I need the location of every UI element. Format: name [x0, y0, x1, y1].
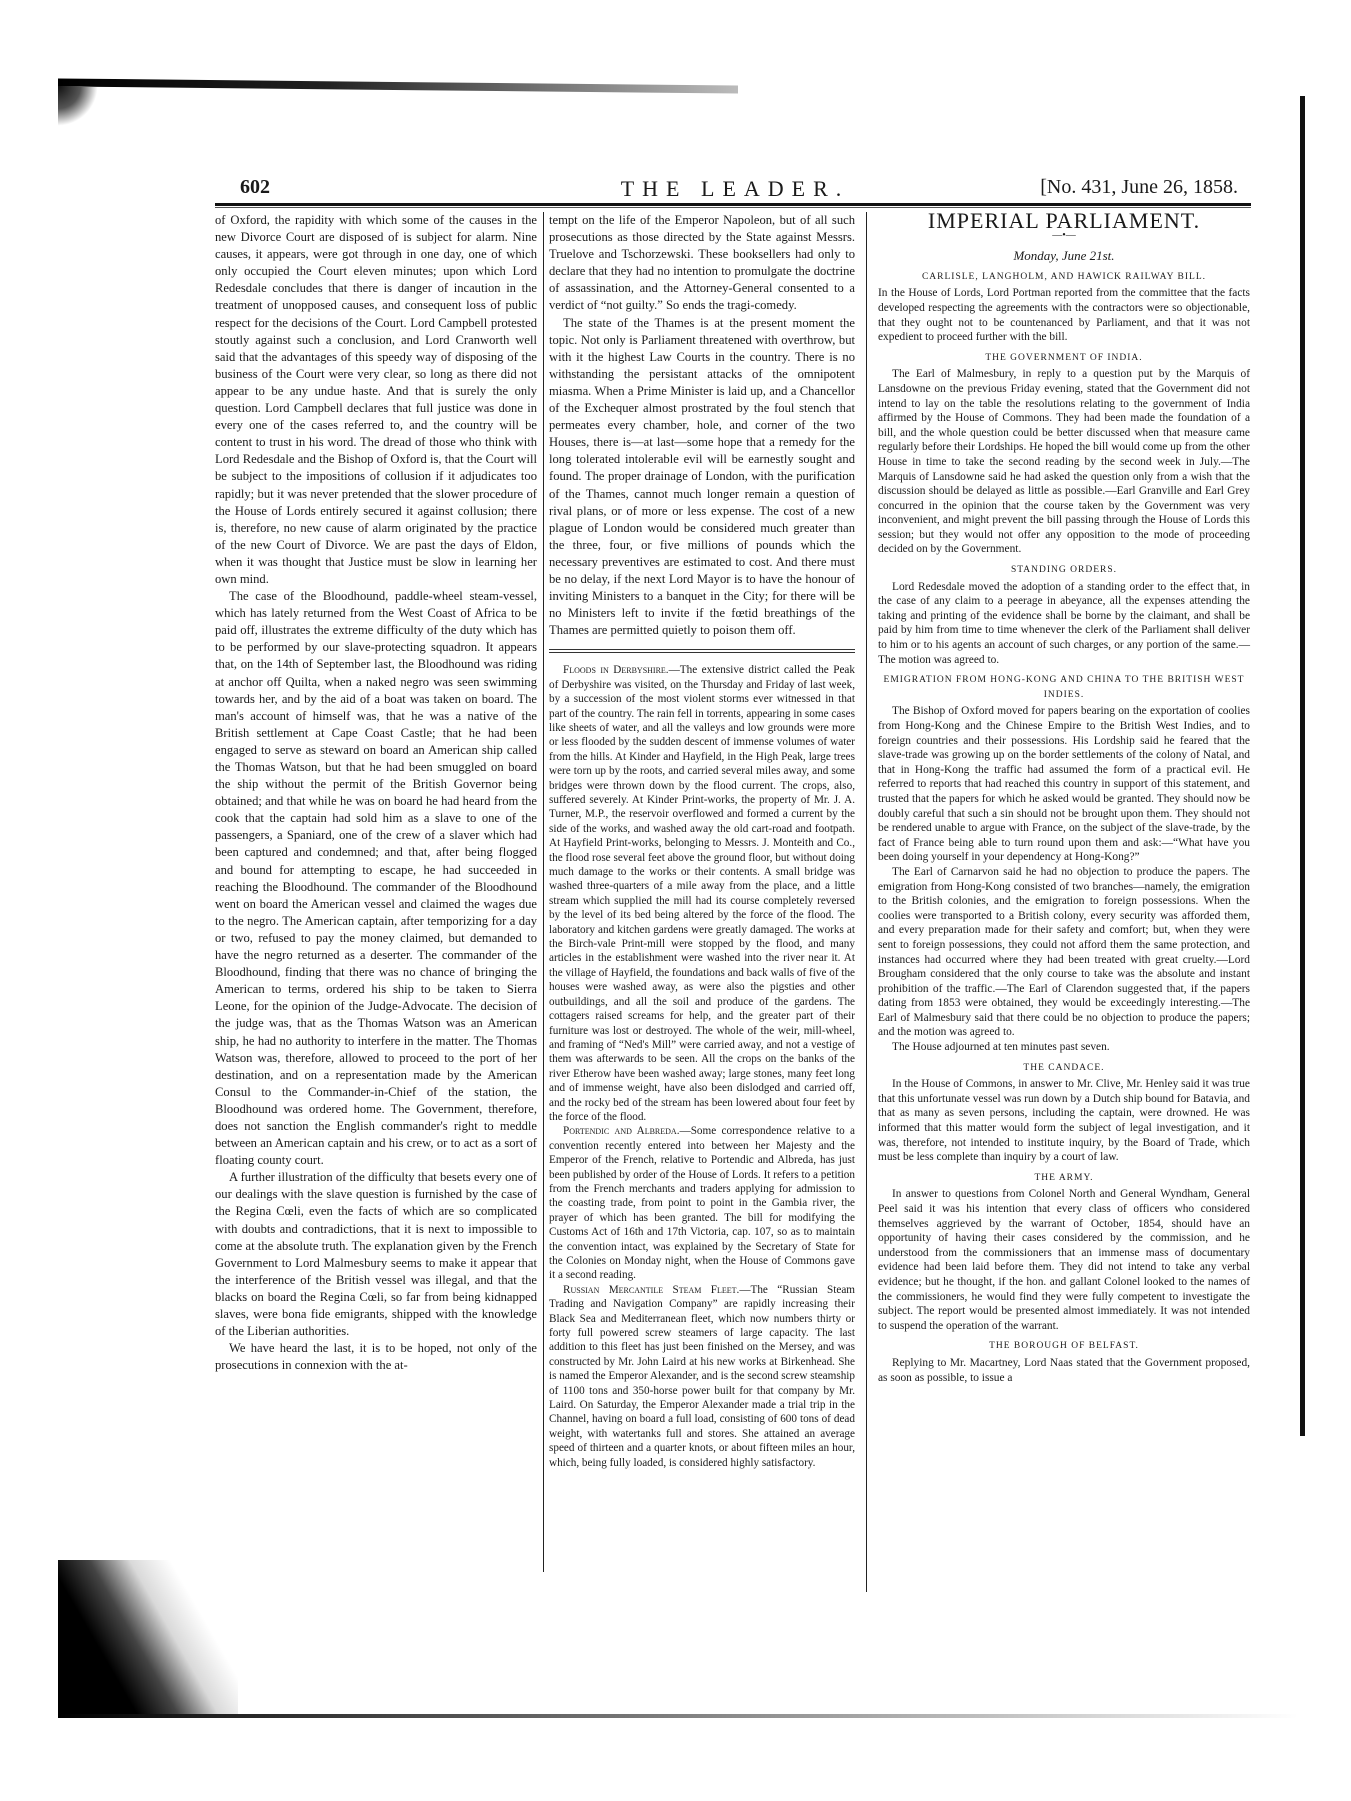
paragraph: Lord Redesdale moved the adoption of a s… [878, 580, 1250, 668]
paragraph: The Earl of Malmesbury, in reply to a qu… [878, 367, 1250, 557]
news-item-heading: Floods in Derbyshire. [563, 664, 669, 676]
paragraph: In the House of Commons, in answer to Mr… [878, 1077, 1250, 1165]
scan-corner-top-left [58, 86, 98, 126]
column-divider-1 [543, 212, 544, 1572]
column-divider-2 [866, 212, 867, 1592]
subheading: Emigration from Hong-Kong and China to t… [878, 673, 1250, 702]
scan-edge-right [1300, 96, 1305, 1436]
column-3: IMPERIAL PARLIAMENT. —•— Monday, June 21… [878, 212, 1250, 1385]
news-item-text: —The extensive district called the Peak … [549, 664, 855, 1123]
news-item: Portendic and Albreda.—Some corresponden… [549, 1124, 855, 1282]
paragraph: The state of the Thames is at the presen… [549, 315, 855, 640]
paragraph: In answer to questions from Colonel Nort… [878, 1187, 1250, 1333]
paragraph: A further illustration of the difficulty… [215, 1169, 537, 1340]
news-item-text: —The “Russian Steam Trading and Navigati… [549, 1284, 855, 1469]
section-heading: IMPERIAL PARLIAMENT. [878, 214, 1250, 229]
subheading: The Borough of Belfast. [878, 1339, 1250, 1354]
paragraph: Replying to Mr. Macartney, Lord Naas sta… [878, 1356, 1250, 1385]
news-item-text: —Some correspondence relative to a conve… [549, 1125, 855, 1281]
subheading: The Government of India. [878, 351, 1250, 366]
subheading: The Candace. [878, 1061, 1250, 1076]
paragraph: We have heard the last, it is to be hope… [215, 1340, 537, 1374]
paragraph: In the House of Lords, Lord Portman repo… [878, 286, 1250, 344]
news-item: Russian Mercantile Steam Fleet.—The “Rus… [549, 1283, 855, 1470]
paragraph: of Oxford, the rapidity with which some … [215, 212, 537, 588]
issue-info: [No. 431, June 26, 1858. [1040, 176, 1238, 199]
news-item-heading: Russian Mercantile Steam Fleet. [563, 1284, 739, 1296]
paragraph: The House adjourned at ten minutes past … [878, 1040, 1250, 1055]
subheading: Standing Orders. [878, 563, 1250, 578]
session-date: Monday, June 21st. [878, 249, 1250, 264]
column-2: tempt on the life of the Emperor Napoleo… [549, 212, 855, 1470]
subheading: Carlisle, Langholm, and Hawick Railway B… [878, 270, 1250, 285]
column-1: of Oxford, the rapidity with which some … [215, 212, 537, 1374]
masthead-rule [215, 203, 1251, 206]
section-divider [549, 649, 855, 653]
masthead: 602 THE LEADER. [No. 431, June 26, 1858. [232, 176, 1238, 202]
paragraph: tempt on the life of the Emperor Napoleo… [549, 212, 855, 315]
scan-corner-bottom-left [58, 1560, 238, 1718]
paragraph: The case of the Bloodhound, paddle-wheel… [215, 588, 537, 1169]
news-item-heading: Portendic and Albreda. [563, 1125, 680, 1137]
subheading: The Army. [878, 1171, 1250, 1186]
paragraph: The Earl of Carnarvon said he had no obj… [878, 865, 1250, 1040]
news-item: Floods in Derbyshire.—The extensive dist… [549, 663, 855, 1124]
scan-edge-bottom [58, 1714, 1298, 1718]
paragraph: The Bishop of Oxford moved for papers be… [878, 704, 1250, 865]
